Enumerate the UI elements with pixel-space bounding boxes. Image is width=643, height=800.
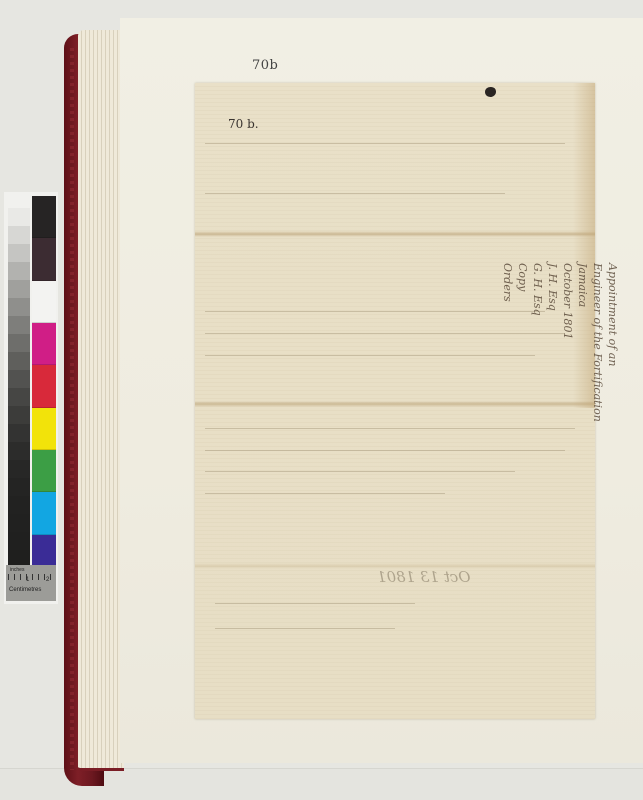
gray-step-swatch bbox=[8, 370, 30, 388]
docket-line: Copy bbox=[515, 263, 530, 373]
cyan-swatch bbox=[32, 492, 56, 534]
scale-ruler: inches 1 2 Centimetres bbox=[6, 565, 56, 601]
yellow-swatch bbox=[32, 408, 56, 450]
manuscript-sheet: 70 b. Appointment of an Engineer of the … bbox=[195, 83, 595, 719]
archival-photo: 70b 70 b. Appointment of an Engineer of … bbox=[0, 0, 643, 800]
magenta-swatch bbox=[32, 323, 56, 365]
ruler-units-inches: inches bbox=[10, 567, 24, 573]
page-number: 70b bbox=[252, 58, 278, 73]
gray-step-swatch bbox=[8, 424, 30, 442]
ink-blot bbox=[485, 87, 496, 97]
green-swatch bbox=[32, 450, 56, 492]
bleed-through-line bbox=[205, 143, 565, 144]
docket-line: J. H. Esq bbox=[545, 263, 560, 373]
red-swatch bbox=[32, 365, 56, 407]
gray-step-swatch bbox=[8, 478, 30, 496]
gray-step-swatch bbox=[8, 514, 30, 532]
dark-brown-swatch bbox=[32, 238, 56, 280]
gray-step-swatch bbox=[8, 280, 30, 298]
gray-step-swatch bbox=[8, 388, 30, 406]
gray-step-swatch bbox=[8, 208, 30, 226]
gray-step-swatch bbox=[8, 532, 30, 550]
gray-step-swatch bbox=[8, 262, 30, 280]
gray-step-swatch bbox=[8, 406, 30, 424]
docket-line: Engineer of the Fortification bbox=[590, 263, 605, 373]
ruler-units-cm: Centimetres bbox=[9, 587, 41, 593]
black-swatch bbox=[32, 196, 56, 238]
fold-line bbox=[195, 401, 595, 407]
bleed-through-line bbox=[205, 428, 575, 429]
gray-step-swatch bbox=[8, 226, 30, 244]
ruler-mark: 2 bbox=[46, 577, 49, 583]
gray-step-swatch bbox=[8, 352, 30, 370]
bleed-through-line bbox=[205, 193, 505, 194]
docket-line: October 1801 bbox=[560, 263, 575, 373]
docket-line: Appointment of an bbox=[605, 263, 620, 373]
white-swatch bbox=[32, 281, 56, 323]
color-calibration-target bbox=[4, 192, 58, 604]
gray-step-swatch bbox=[8, 316, 30, 334]
bleed-through-line bbox=[215, 603, 415, 604]
docket-line: Orders bbox=[500, 263, 515, 373]
docket-line: G. H. Esq bbox=[530, 263, 545, 373]
fold-line bbox=[195, 231, 595, 237]
grayscale-strip bbox=[8, 208, 30, 568]
bleed-through-line bbox=[205, 471, 515, 472]
page-edges bbox=[78, 30, 124, 771]
ruler-mark: 1 bbox=[26, 577, 29, 583]
bleed-through-date: Oct 13 1801 bbox=[377, 568, 471, 586]
gray-step-swatch bbox=[8, 460, 30, 478]
docket-line: Jamaica bbox=[575, 263, 590, 373]
gray-step-swatch bbox=[8, 334, 30, 352]
gray-step-swatch bbox=[8, 442, 30, 460]
document-label: 70 b. bbox=[228, 117, 259, 131]
gray-step-swatch bbox=[8, 496, 30, 514]
color-patch-strip bbox=[32, 196, 56, 568]
bleed-through-line bbox=[205, 450, 565, 451]
docket-endorsement: Appointment of an Engineer of the Fortif… bbox=[480, 263, 620, 373]
bleed-through-line bbox=[205, 493, 445, 494]
bleed-through-line bbox=[215, 628, 395, 629]
edge-stain bbox=[573, 83, 595, 233]
gray-step-swatch bbox=[8, 298, 30, 316]
gray-step-swatch bbox=[8, 244, 30, 262]
